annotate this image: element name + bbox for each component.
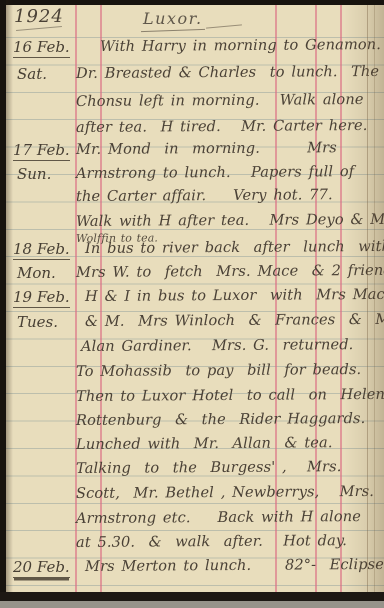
- entry-text: Mr. Mond in morning. Mrs: [76, 139, 337, 158]
- entry-date-label: 17 Feb.: [13, 141, 70, 161]
- page-title: Luxor.: [143, 9, 203, 28]
- diary-line: 16 Feb. With Harry in morning to Genamon…: [0, 38, 384, 62]
- entry-text: after tea. H tired. Mr. Carter here.: [76, 117, 368, 136]
- entry-text: In bus to river back after lunch with: [85, 238, 384, 257]
- page-right-shadow: [344, 0, 384, 608]
- entry-text: Mrs W. to fetch Mrs. Mace & 2 friends.: [76, 262, 384, 281]
- diary-line: Scott, Mr. Bethel , Newberrys, Mrs.: [0, 485, 384, 509]
- entry-date-label: 18 Feb.: [13, 240, 70, 260]
- entry-text: To Mohassib to pay bill for beads.: [76, 361, 361, 380]
- entry-day-label: Mon.: [17, 264, 56, 282]
- photo-edge-top: [0, 0, 384, 5]
- entry-text: at 5.30. & walk after. Hot day.: [76, 532, 347, 551]
- entry-day-label: Tues.: [17, 313, 58, 331]
- entry-text: Armstrong etc. Back with H alone: [76, 508, 361, 527]
- entry-text: H & I in bus to Luxor with Mrs Mace: [85, 286, 384, 305]
- photo-edge-bottom: [0, 592, 384, 601]
- entry-text: Chonsu left in morning. Walk alone: [76, 91, 364, 110]
- diary-line: 20 Feb. Mrs Merton to lunch. 82°- Eclips…: [0, 558, 384, 582]
- entry-text: the Carter affair. Very hot. 77.: [76, 186, 333, 205]
- entry-date-label: 19 Feb.: [13, 288, 70, 308]
- entry-text: Mrs Merton to lunch. 82°- Eclipse: [85, 556, 384, 575]
- photo-edge-bottom-grey: [0, 601, 384, 608]
- entry-text: Armstrong to lunch. Papers full of: [76, 163, 354, 182]
- diary-line: the Carter affair. Very hot. 77.: [0, 188, 384, 212]
- entry-day-label: Sun.: [17, 165, 51, 183]
- entry-date-label: 16 Feb.: [13, 38, 70, 58]
- entry-text: Dr. Breasted & Charles to lunch. The: [76, 63, 379, 82]
- title-underline: [141, 29, 205, 32]
- entry-text: Scott, Mr. Bethel , Newberrys, Mrs.: [76, 483, 374, 502]
- entry-text: Lunched with Mr. Allan & tea.: [76, 434, 333, 453]
- entry-text: Talking to the Burgess' , Mrs.: [76, 458, 342, 477]
- diary-line: Sat. Dr. Breasted & Charles to lunch. Th…: [0, 65, 384, 89]
- diary-line: Lunched with Mr. Allan & tea.: [0, 436, 384, 460]
- diary-line: at 5.30. & walk after. Hot day.: [0, 534, 384, 558]
- year-heading: 1924: [14, 6, 64, 27]
- diary-line: Then to Luxor Hotel to call on Helen: [0, 388, 384, 412]
- entry-text: Alan Gardiner. Mrs. G. returned.: [81, 336, 353, 355]
- entry-date-label: 20 Feb.: [13, 558, 70, 578]
- entry-text: With Harry in morning to Genamon.: [100, 36, 381, 55]
- diary-line: 18 Feb. In bus to river back after lunch…: [0, 240, 384, 264]
- entry-text: Then to Luxor Hotel to call on Helen: [76, 386, 384, 405]
- entry-day-label: Sat.: [17, 65, 47, 83]
- binding-shadow: [6, 0, 13, 608]
- diary-line: 17 Feb. Mr. Mond in morning. Mrs: [0, 141, 384, 165]
- diary-line: Talking to the Burgess' , Mrs.: [0, 460, 384, 484]
- entry-text: & M. Mrs Winloch & Frances & Mrs.: [85, 311, 384, 330]
- diary-line: Rottenburg & the Rider Haggards.: [0, 412, 384, 436]
- diary-line: Mon. Mrs W. to fetch Mrs. Mace & 2 frien…: [0, 264, 384, 288]
- diary-line: Chonsu left in morning. Walk alone: [0, 93, 384, 117]
- diary-line: Armstrong etc. Back with H alone: [0, 510, 384, 534]
- diary-line: Tues. & M. Mrs Winloch & Frances & Mrs.: [0, 313, 384, 337]
- entry-text: Rottenburg & the Rider Haggards.: [76, 410, 365, 429]
- diary-photo: 1924 Luxor. 16 Feb. With Harry in mornin…: [0, 0, 384, 608]
- entry-text: Walk with H after tea. Mrs Deyo & Miss: [76, 211, 384, 230]
- diary-line: To Mohassib to pay bill for beads.: [0, 363, 384, 387]
- diary-line: Alan Gardiner. Mrs. G. returned.: [0, 338, 384, 362]
- title-flourish: [206, 24, 242, 28]
- diary-line: 19 Feb. H & I in bus to Luxor with Mrs M…: [0, 288, 384, 312]
- photo-edge-left: [0, 0, 6, 608]
